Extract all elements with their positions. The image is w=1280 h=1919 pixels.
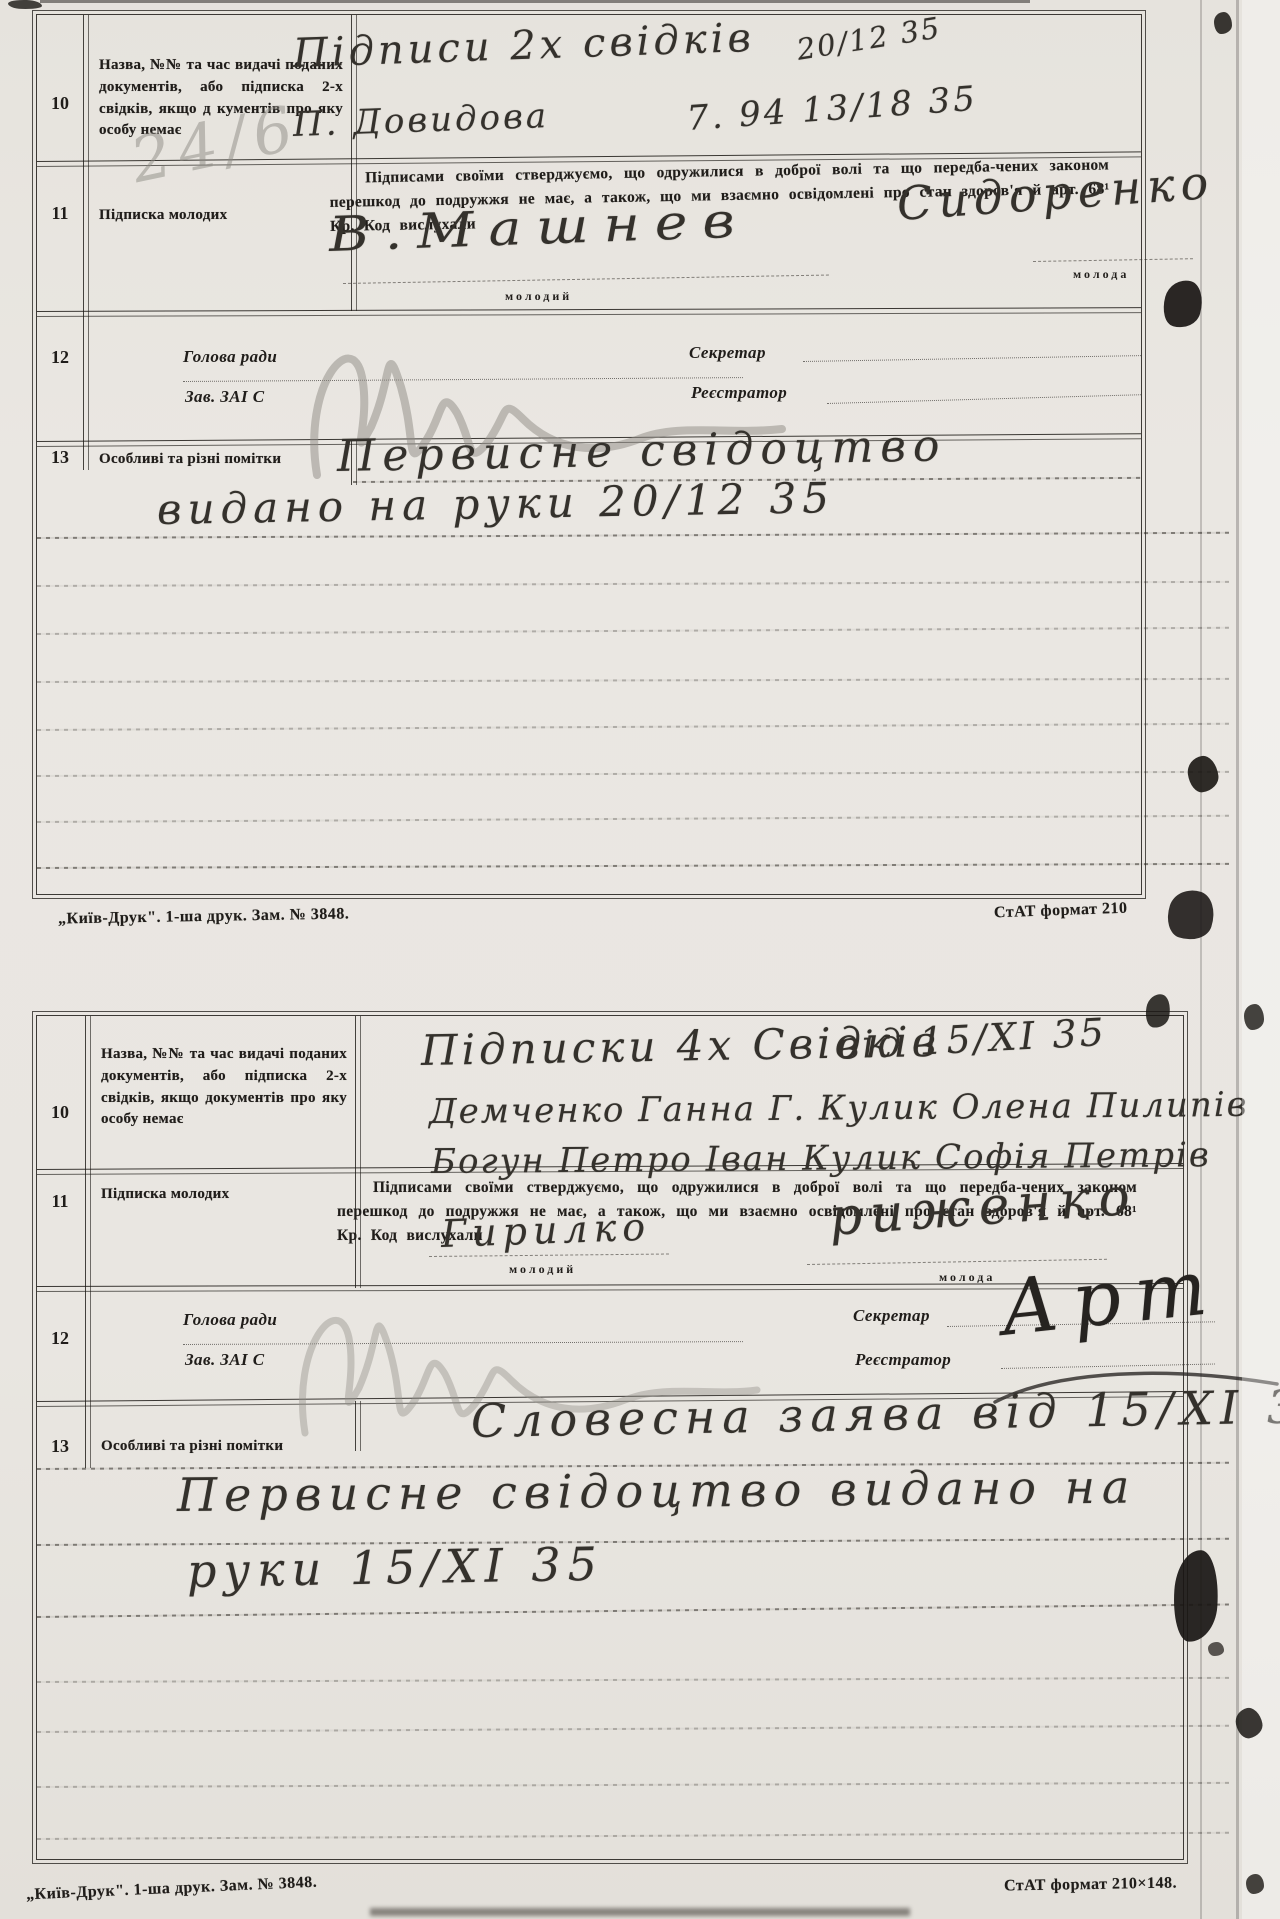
groom-caption: молодий xyxy=(509,1262,576,1277)
page-margin-strip xyxy=(1242,0,1280,1919)
secretary-signature: Арт xyxy=(996,1241,1224,1353)
row13-handwriting-line2: Первисне свідоцтво видано на xyxy=(177,1460,1137,1522)
row-number: 11 xyxy=(45,203,75,224)
row13-label: Особливі та різні помітки xyxy=(99,449,281,471)
ink-blot xyxy=(8,0,42,10)
row13-handwriting-line1: Первисне свідоцтво xyxy=(337,420,947,482)
page-edge-line xyxy=(1236,0,1239,1919)
bride-caption: молода xyxy=(1073,267,1129,282)
format-note: СтАТ формат 210×148. xyxy=(1004,1874,1177,1895)
ruled-line xyxy=(37,1782,1229,1788)
torn-hole xyxy=(1244,1004,1264,1030)
scanned-registry-page: 10 11 12 13 Назва, №№ та час видачі пода… xyxy=(0,0,1280,1919)
secretary-title-line2: Реєстратор xyxy=(855,1350,951,1370)
scan-edge-smudge xyxy=(370,1908,910,1916)
torn-hole xyxy=(1186,754,1221,794)
row10-handwriting-line2: Демченко Ганна Г. Кулик Олена Пилипів xyxy=(429,1085,1249,1132)
registry-form-top: 10 11 12 13 Назва, №№ та час видачі пода… xyxy=(36,14,1142,895)
chair-title-line1: Голова ради xyxy=(183,1310,277,1330)
ruled-line xyxy=(37,627,1229,635)
row-number: 10 xyxy=(45,93,75,114)
groom-signature: Гирилко xyxy=(440,1205,652,1256)
scan-edge-smudge xyxy=(40,0,1030,3)
row10-handwriting-line2-right: 7. 94 13/18 35 xyxy=(686,79,979,139)
secretary-signature-line xyxy=(803,355,1141,362)
number-column-divider xyxy=(83,15,89,470)
chair-title-line2: Зав. ЗАІ С xyxy=(185,1350,264,1370)
registry-form-bottom: 10 11 12 13 Назва, №№ та час видачі пода… xyxy=(36,1015,1184,1860)
row-number: 11 xyxy=(45,1191,75,1212)
chair-title-line2: Зав. ЗАІ С xyxy=(185,387,264,407)
row-number: 12 xyxy=(45,1328,75,1349)
row-number: 12 xyxy=(45,347,75,368)
ink-blot xyxy=(1161,884,1220,946)
row13-handwriting-line3: руки 15/ХІ 35 xyxy=(187,1537,605,1598)
secretary-signature-line xyxy=(827,394,1141,404)
ruled-line xyxy=(37,1677,1229,1683)
row10-handwriting-line1: Підписи 2х свідків xyxy=(292,15,755,77)
secretary-title-line2: Реєстратор xyxy=(691,383,787,403)
row-number: 13 xyxy=(45,447,75,468)
row13-label: Особливі та різні помітки xyxy=(101,1436,283,1458)
ruled-line xyxy=(37,863,1229,869)
format-note: СтАТ формат 210 xyxy=(994,900,1128,923)
torn-hole xyxy=(1214,12,1232,34)
ruled-line xyxy=(37,581,1229,587)
torn-hole xyxy=(1246,1874,1264,1894)
bride-caption: молода xyxy=(939,1270,995,1285)
row13-handwriting-line2: видано на руки 20/12 35 xyxy=(157,473,836,534)
ink-blot xyxy=(1208,1642,1224,1656)
ruled-line xyxy=(37,815,1229,823)
secretary-title-line1: Секретар xyxy=(689,343,766,363)
row10-handwriting-line2: П. Довидова xyxy=(292,96,549,145)
secretary-title-line1: Секретар xyxy=(853,1306,930,1326)
chair-title-line1: Голова ради xyxy=(183,347,277,367)
ruled-line xyxy=(37,1725,1229,1733)
row11-label: Підписка молодих xyxy=(99,205,227,227)
signature-line xyxy=(1033,258,1193,262)
signature-line xyxy=(343,275,829,284)
ruled-line xyxy=(37,1832,1229,1840)
ruled-line xyxy=(37,771,1229,777)
print-shop-note: „Київ-Друк". 1-ша друк. Зам. № 3848. xyxy=(26,1874,318,1905)
ruled-line xyxy=(37,678,1229,683)
groom-caption: молодий xyxy=(505,289,572,304)
row-number: 10 xyxy=(45,1102,75,1123)
ruled-line xyxy=(37,1604,1229,1618)
print-shop-note: „Київ-Друк". 1-ша друк. Зам. № 3848. xyxy=(58,905,350,928)
row10-handwriting-date: 20/12 35 xyxy=(794,10,943,66)
row-number: 13 xyxy=(45,1436,75,1457)
row11-label: Підписка молодих xyxy=(101,1184,229,1206)
ruled-line xyxy=(37,723,1229,731)
row10-label: Назва, №№ та час видачі поданих документ… xyxy=(101,1044,347,1131)
